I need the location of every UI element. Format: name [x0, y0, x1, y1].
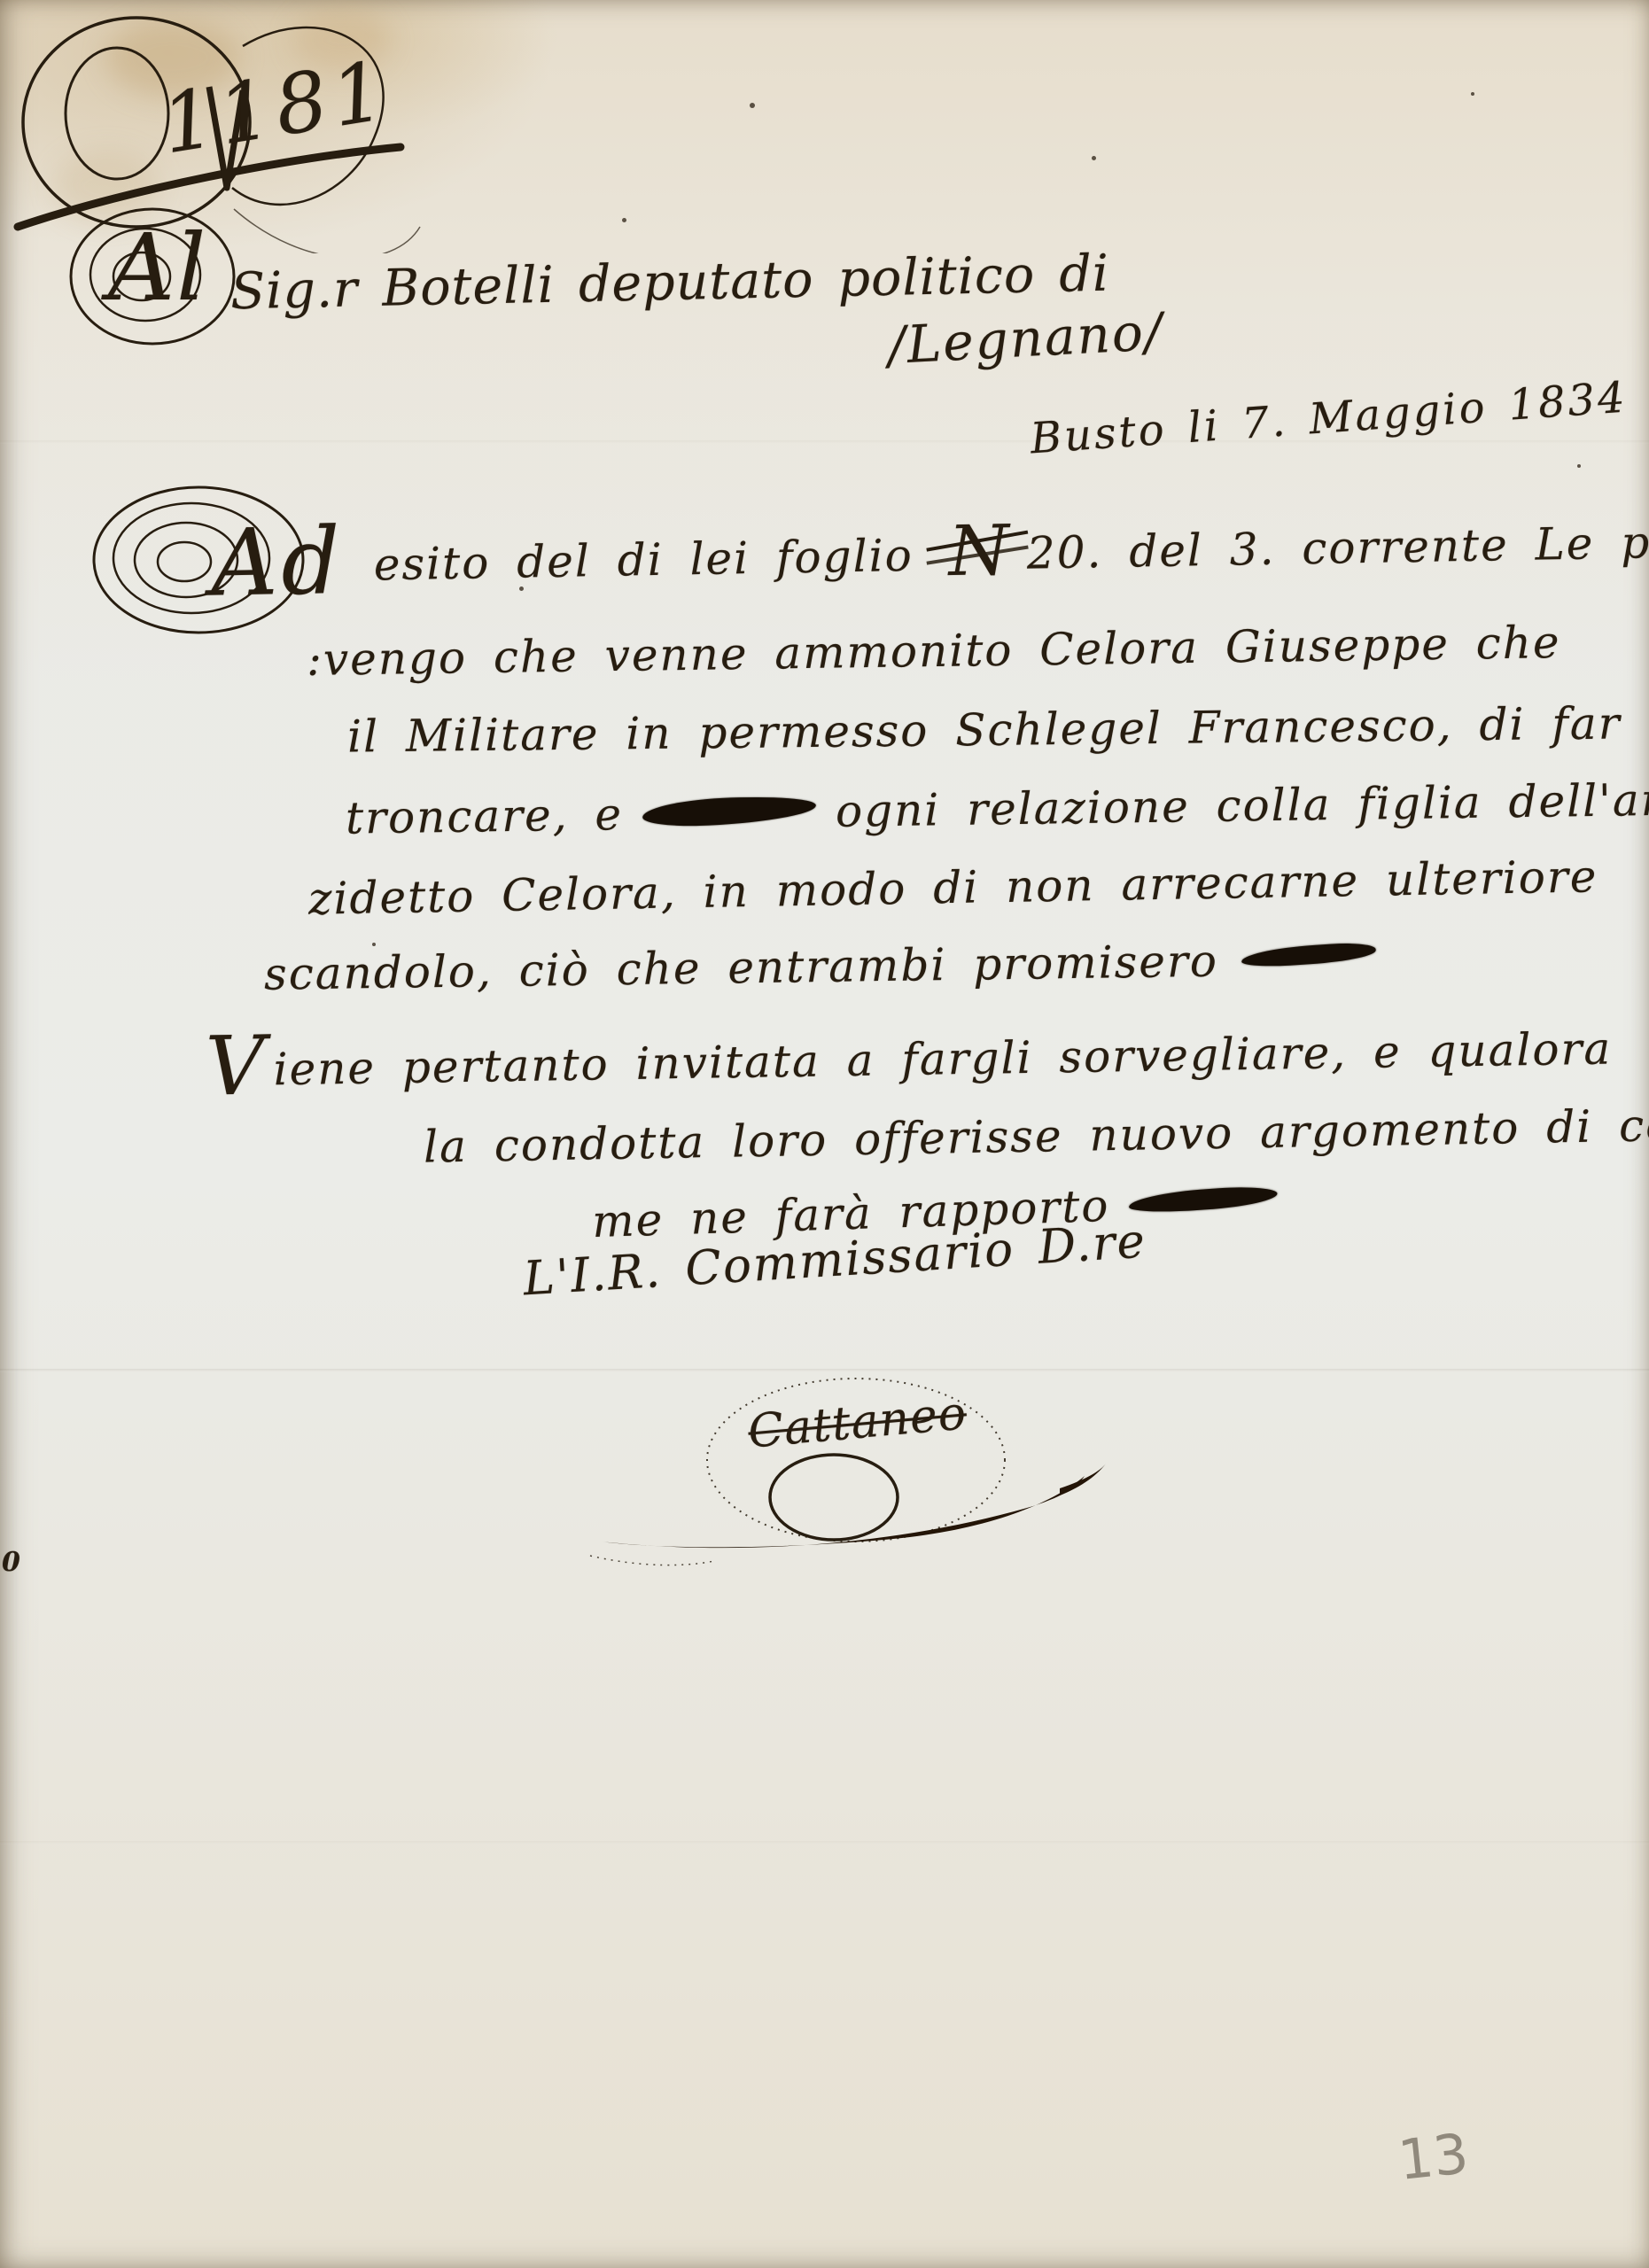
body-line-4-after: ogni relazione colla figlia dell'an-	[836, 773, 1649, 836]
date-line: Busto li 7. Maggio 1834	[1029, 373, 1629, 464]
body-line-7-text: iene pertanto invitata a fargli sorvegli…	[273, 1023, 1613, 1096]
ink-blot	[642, 794, 816, 829]
ink-dash	[1129, 1184, 1279, 1214]
ink-dash	[1241, 941, 1376, 968]
body-line-4-before: troncare, e	[346, 788, 624, 843]
body-line-7: Viene pertanto invitata a fargli sorvegl…	[205, 998, 1613, 1115]
pencil-page-number: 13	[1395, 2121, 1471, 2193]
body-initial: Ad	[210, 507, 345, 617]
margin-mark: 0	[2, 1547, 20, 1578]
address-initial: Al	[67, 206, 207, 330]
ink-speck	[1471, 92, 1474, 96]
body-line-1-tail: 20. del 3. corrente Le pre	[1026, 516, 1649, 579]
letter-page: 1181 AlSig.r Botelli deputato politico d…	[0, 0, 1649, 2268]
body-line-6-text: scandolo, ciò che entrambi promisero	[264, 936, 1219, 1000]
fold-crease	[0, 1841, 1649, 1845]
signature-block: Cattaneo	[564, 1371, 1148, 1575]
body-line-1-text: esito del di lei foglio	[373, 530, 914, 591]
ink-speck	[372, 943, 376, 946]
body-line-1: Adesito del di lei foglioN20. del 3. cor…	[210, 483, 1649, 617]
body-line-6: scandolo, ciò che entrambi promisero	[264, 933, 1377, 1000]
fancy-n: N	[948, 511, 1012, 592]
body-line-5: zidetto Celora, in modo di non arrecarne…	[308, 850, 1598, 924]
body-line-2: :vengo che venne ammonito Celora Giusepp…	[307, 617, 1561, 686]
fold-crease	[0, 440, 1649, 444]
body-line-3: il Militare in permesso Schlegel Frances…	[347, 697, 1622, 762]
ink-speck	[750, 103, 755, 108]
body-initial: V	[205, 1018, 267, 1114]
ink-speck	[1092, 156, 1096, 160]
body-line-8: la condotta loro offerisse nuovo argomen…	[424, 1097, 1649, 1172]
body-line-4: troncare, eogni relazione colla figlia d…	[346, 773, 1649, 843]
ink-speck	[1577, 464, 1581, 468]
